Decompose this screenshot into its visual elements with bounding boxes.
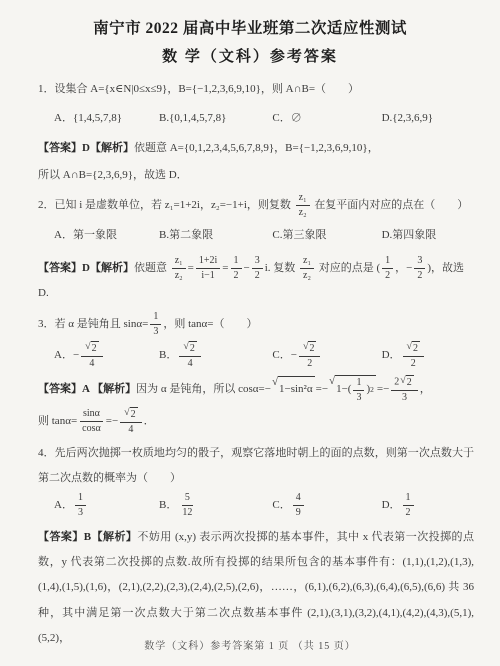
question-2-option-d: D.第四象限: [382, 222, 474, 250]
question-1-stem: 1．设集合 A={x∈N|0≤x≤9}，B={−1,2,3,6,9,10}，则 …: [38, 78, 474, 102]
question-4-option-a: A．13: [54, 492, 159, 520]
question-1-answer-line-1: 【答案】D【解析】依题意 A={0,1,2,3,4,5,6,7,8,9}，B={…: [38, 137, 474, 161]
question-4: 4．先后两次抛掷一枚质地均匀的骰子，观察它落地时朝上的面的点数，则第一次点数大于…: [38, 441, 474, 652]
question-1: 1．设集合 A={x∈N|0≤x≤9}，B={−1,2,3,6,9,10}，则 …: [38, 78, 474, 187]
question-2-option-b: B.第二象限: [159, 222, 272, 250]
question-3: 3．若 α 是钝角且 sinα=13，则 tanα=（ ） A．−√24 B．√…: [38, 311, 474, 436]
page-footer: 数学（文科）参考答案第 1 页 （共 15 页）: [0, 637, 500, 652]
question-2-options: A．第一象限 B.第二象限 C.第三象限 D.第四象限: [38, 222, 474, 250]
question-3-options: A．−√24 B．√24 C．−√22 D．√22: [38, 341, 474, 370]
question-3-answer-line-1: 【答案】A 【解析】因为 α 是钝角，所以 cosα=−√1−sin²α=−√1…: [38, 375, 474, 404]
doc-subtitle: 数 学（文科）参考答案: [38, 45, 462, 66]
question-1-options: A．{1,4,5,7,8} B.{0,1,4,5,7,8} C．∅ D.{2,3…: [38, 105, 474, 133]
question-1-answer-line-2: 所以 A∩B={2,3,6,9}，故选 D．: [38, 164, 474, 188]
question-3-option-d: D．√22: [382, 341, 474, 370]
question-2-stem: 2．已知 i 是虚数单位，若 z₁=1+2i，z₂=−1+i，则复数 z₁z₂ …: [38, 192, 474, 219]
question-4-answer-paragraph: 【答案】B【解析】不妨用 (x,y) 表示两次投掷的基本事件，其中 x 代表第一…: [38, 525, 474, 651]
question-4-option-b: B．512: [159, 492, 272, 520]
question-4-stem: 4．先后两次抛掷一枚质地均匀的骰子，观察它落地时朝上的面的点数，则第一次点数大于…: [38, 441, 474, 492]
question-1-option-b: B.{0,1,4,5,7,8}: [159, 105, 272, 133]
question-1-option-c: C．∅: [272, 105, 381, 133]
question-2-option-a: A．第一象限: [54, 222, 159, 250]
question-2-option-c: C.第三象限: [272, 222, 381, 250]
question-3-answer-line-2: 则 tanα=sinαcosα=−√24．: [38, 407, 474, 436]
question-3-option-c: C．−√22: [272, 341, 381, 370]
question-4-options: A．13 B．512 C．49 D．12: [38, 492, 474, 520]
question-1-option-d: D.{2,3,6,9}: [382, 105, 474, 133]
answer-sheet-page: 南宁市 2022 届高中毕业班第二次适应性测试 数 学（文科）参考答案 1．设集…: [0, 0, 500, 666]
question-2-answer-line: 【答案】D【解析】依题意 z₁z₂=1+2ii−1=12−32i. 复数 z₁z…: [38, 255, 474, 306]
question-3-option-a: A．−√24: [54, 341, 159, 370]
question-3-stem: 3．若 α 是钝角且 sinα=13，则 tanα=（ ）: [38, 311, 474, 338]
question-2: 2．已知 i 是虚数单位，若 z₁=1+2i，z₂=−1+i，则复数 z₁z₂ …: [38, 192, 474, 305]
question-3-option-b: B．√24: [159, 341, 272, 370]
question-4-option-c: C．49: [272, 492, 381, 520]
doc-title: 南宁市 2022 届高中毕业班第二次适应性测试: [38, 16, 462, 38]
question-4-option-d: D．12: [382, 492, 474, 520]
question-1-option-a: A．{1,4,5,7,8}: [54, 105, 159, 133]
